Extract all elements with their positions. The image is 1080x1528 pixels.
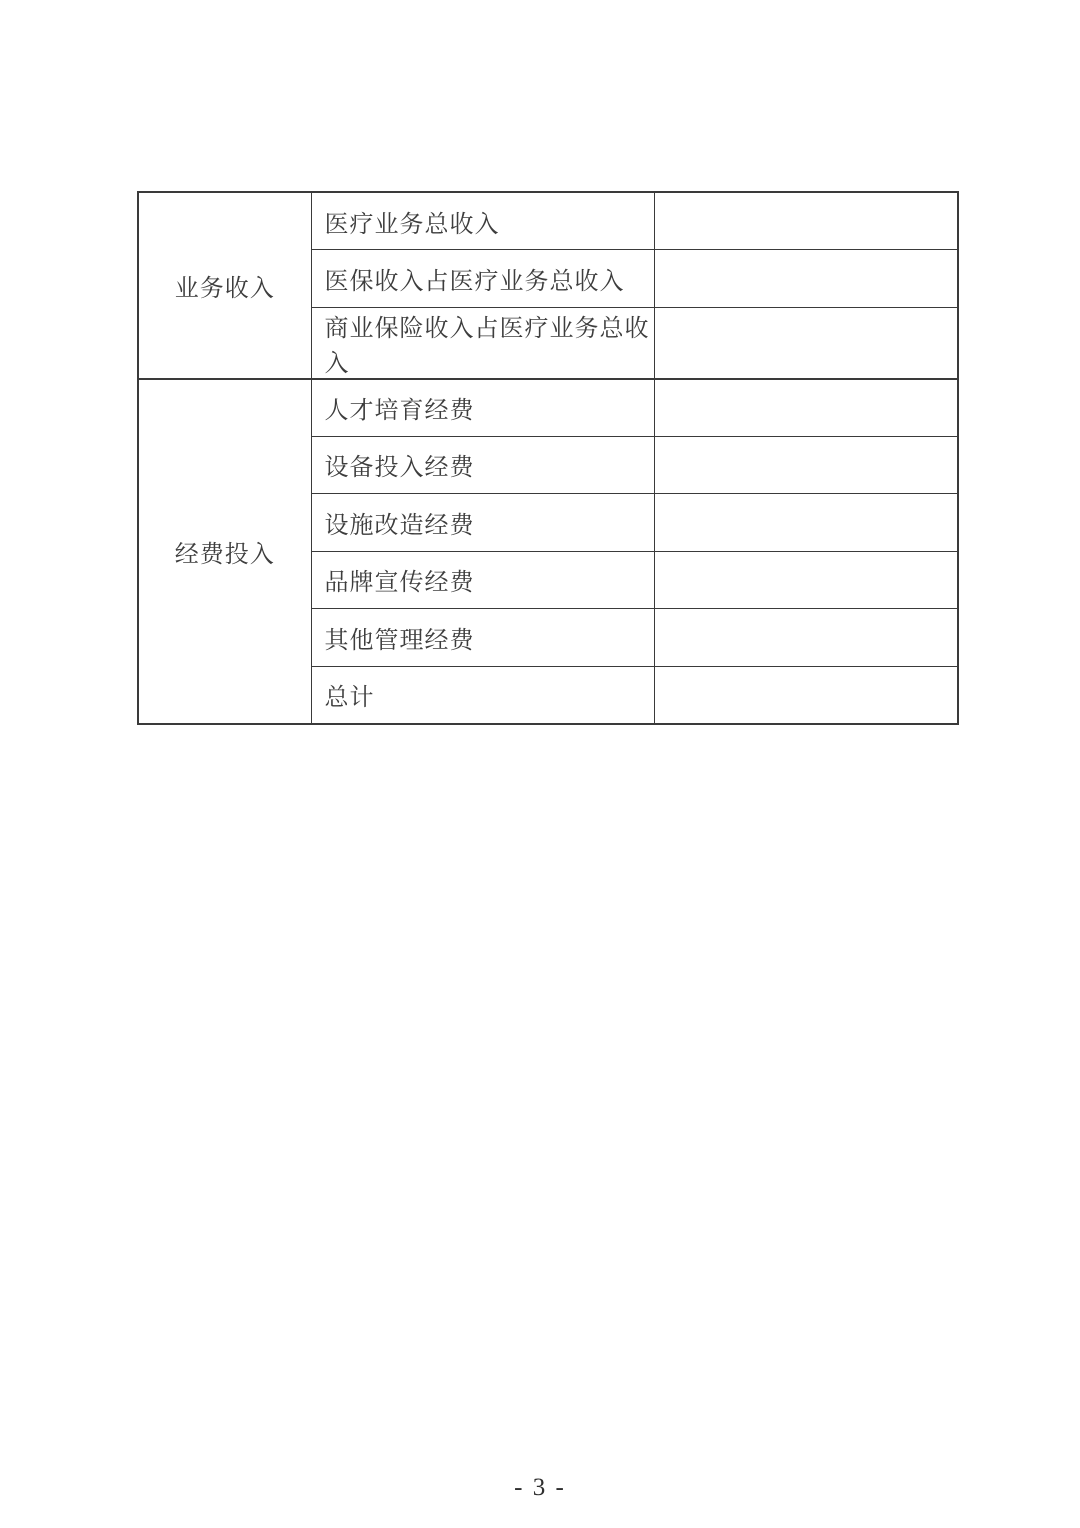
value-cell	[654, 192, 958, 250]
table-row: 经费投入 人才培育经费	[138, 379, 958, 437]
group-cell-business-income: 业务收入	[138, 192, 311, 379]
table-row: 业务收入 医疗业务总收入	[138, 192, 958, 250]
row-label: 其他管理经费	[311, 609, 654, 667]
income-funding-table: 业务收入 医疗业务总收入 医保收入占医疗业务总收入 商业保险收入占医疗业务总收入…	[137, 191, 959, 725]
value-cell	[654, 379, 958, 437]
row-label: 总计	[311, 666, 654, 724]
row-label: 商业保险收入占医疗业务总收入	[311, 307, 654, 379]
value-cell	[654, 666, 958, 724]
value-cell	[654, 436, 958, 494]
group-cell-funding-investment: 经费投入	[138, 379, 311, 724]
value-cell	[654, 494, 958, 552]
value-cell	[654, 307, 958, 379]
row-label: 医疗业务总收入	[311, 192, 654, 250]
value-cell	[654, 551, 958, 609]
row-label: 设施改造经费	[311, 494, 654, 552]
row-label: 设备投入经费	[311, 436, 654, 494]
value-cell	[654, 250, 958, 308]
document-page: 业务收入 医疗业务总收入 医保收入占医疗业务总收入 商业保险收入占医疗业务总收入…	[0, 0, 1080, 1528]
row-label: 品牌宣传经费	[311, 551, 654, 609]
row-label: 人才培育经费	[311, 379, 654, 437]
row-label: 医保收入占医疗业务总收入	[311, 250, 654, 308]
value-cell	[654, 609, 958, 667]
page-number: - 3 -	[0, 1474, 1080, 1502]
